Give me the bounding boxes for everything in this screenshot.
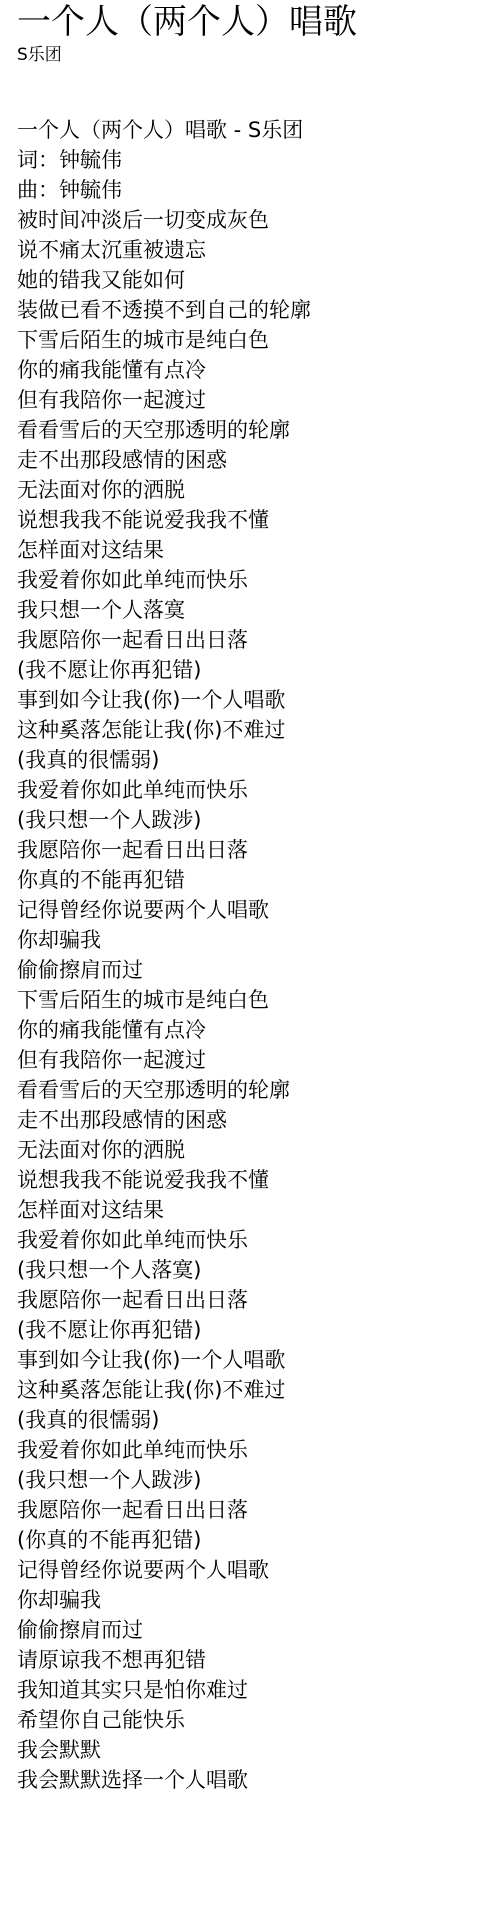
lyric-line: 我爱着你如此单纯而快乐 — [17, 1225, 490, 1255]
lyric-line: 我愿陪你一起看日出日落 — [17, 835, 490, 865]
lyric-line: 偷偷擦肩而过 — [17, 1615, 490, 1645]
lyric-line: 你的痛我能懂有点冷 — [17, 1015, 490, 1045]
lyric-line: 你却骗我 — [17, 925, 490, 955]
lyric-line: 你真的不能再犯错 — [17, 865, 490, 895]
lyric-line: 怎样面对这结果 — [17, 535, 490, 565]
lyric-line: 看看雪后的天空那透明的轮廓 — [17, 1075, 490, 1105]
lyrics-page: 一个人（两个人）唱歌 S乐团 一个人（两个人）唱歌 - S乐团词：钟毓伟曲：钟毓… — [0, 0, 500, 1795]
lyric-line: 我愿陪你一起看日出日落 — [17, 1495, 490, 1525]
lyric-line: 我愿陪你一起看日出日落 — [17, 625, 490, 655]
lyric-line: 我会默默 — [17, 1735, 490, 1765]
lyric-line: 走不出那段感情的困惑 — [17, 1105, 490, 1135]
lyric-line: 走不出那段感情的困惑 — [17, 445, 490, 475]
lyric-line: 记得曾经你说要两个人唱歌 — [17, 895, 490, 925]
lyric-line: 我知道其实只是怕你难过 — [17, 1675, 490, 1705]
lyrics-block: 一个人（两个人）唱歌 - S乐团词：钟毓伟曲：钟毓伟被时间冲淡后一切变成灰色说不… — [17, 115, 490, 1795]
lyric-line: 无法面对你的洒脱 — [17, 1135, 490, 1165]
lyric-line: 怎样面对这结果 — [17, 1195, 490, 1225]
lyric-line: (我不愿让你再犯错) — [17, 1315, 490, 1345]
lyric-line: 我会默默选择一个人唱歌 — [17, 1765, 490, 1795]
lyric-line: 词：钟毓伟 — [17, 145, 490, 175]
lyric-line: (我只想一个人跋涉) — [17, 1465, 490, 1495]
lyric-line: (我不愿让你再犯错) — [17, 655, 490, 685]
lyric-line: 曲：钟毓伟 — [17, 175, 490, 205]
lyric-line: 你的痛我能懂有点冷 — [17, 355, 490, 385]
lyric-line: 一个人（两个人）唱歌 - S乐团 — [17, 115, 490, 145]
lyric-line: 请原谅我不想再犯错 — [17, 1645, 490, 1675]
lyric-line: 记得曾经你说要两个人唱歌 — [17, 1555, 490, 1585]
lyric-line: 说想我我不能说爱我我不懂 — [17, 505, 490, 535]
lyric-line: (我只想一个人跋涉) — [17, 805, 490, 835]
lyric-line: (你真的不能再犯错) — [17, 1525, 490, 1555]
lyric-line: 说想我我不能说爱我我不懂 — [17, 1165, 490, 1195]
lyric-line: 我愿陪你一起看日出日落 — [17, 1285, 490, 1315]
lyric-line: 无法面对你的洒脱 — [17, 475, 490, 505]
lyric-line: 你却骗我 — [17, 1585, 490, 1615]
lyric-line: 这种奚落怎能让我(你)不难过 — [17, 1375, 490, 1405]
lyric-line: 我爱着你如此单纯而快乐 — [17, 775, 490, 805]
lyric-line: 被时间冲淡后一切变成灰色 — [17, 205, 490, 235]
lyric-line: 事到如今让我(你)一个人唱歌 — [17, 685, 490, 715]
lyric-line: 她的错我又能如何 — [17, 265, 490, 295]
lyric-line: 事到如今让我(你)一个人唱歌 — [17, 1345, 490, 1375]
lyric-line: 我只想一个人落寞 — [17, 595, 490, 625]
lyric-line: (我只想一个人落寞) — [17, 1255, 490, 1285]
lyric-line: (我真的很懦弱) — [17, 1405, 490, 1435]
lyric-line: 但有我陪你一起渡过 — [17, 1045, 490, 1075]
lyric-line: 下雪后陌生的城市是纯白色 — [17, 325, 490, 355]
page-title: 一个人（两个人）唱歌 — [17, 2, 490, 42]
lyric-line: 装做已看不透摸不到自己的轮廓 — [17, 295, 490, 325]
lyric-line: (我真的很懦弱) — [17, 745, 490, 775]
artist-name: S乐团 — [17, 44, 490, 66]
lyric-line: 下雪后陌生的城市是纯白色 — [17, 985, 490, 1015]
lyric-line: 我爱着你如此单纯而快乐 — [17, 1435, 490, 1465]
lyric-line: 但有我陪你一起渡过 — [17, 385, 490, 415]
lyric-line: 我爱着你如此单纯而快乐 — [17, 565, 490, 595]
lyric-line: 说不痛太沉重被遗忘 — [17, 235, 490, 265]
lyric-line: 这种奚落怎能让我(你)不难过 — [17, 715, 490, 745]
lyric-line: 偷偷擦肩而过 — [17, 955, 490, 985]
lyric-line: 看看雪后的天空那透明的轮廓 — [17, 415, 490, 445]
lyric-line: 希望你自己能快乐 — [17, 1705, 490, 1735]
